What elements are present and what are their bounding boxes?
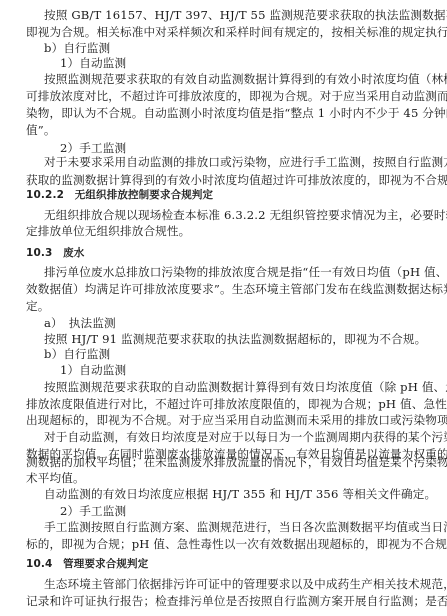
- text-line: 2）手工监测: [60, 504, 447, 518]
- text-line: b）自行监测: [44, 347, 428, 361]
- text-line: 定。: [26, 299, 428, 313]
- document-page: 按照 GB/T 16157、HJ/T 397、HJ/T 55 监测规范要求获取的…: [0, 0, 447, 616]
- text-line: 获取的监测数据计算得到的有效小时浓度均值超过许可排放浓度的，即视为不合规。: [26, 173, 428, 187]
- text-line: 术平均值。: [26, 471, 428, 485]
- text-line: 对于未要求采用自动监测的排放口或污染物，应进行手工监测，按照自行监测方案、监测规…: [44, 155, 428, 169]
- text-line: 效数据值）均满足许可排放浓度要求”。生态环境主管部门发布在线监测数据达标判定方法…: [26, 282, 428, 296]
- text-line: b）自行监测: [44, 41, 428, 55]
- text-line: 值”。: [26, 123, 428, 137]
- section-heading: 10.3 废水: [26, 246, 428, 260]
- text-line: 按照 HJ/T 91 监测规范要求获取的执法监测数据超标的，即视为不合规。: [44, 332, 428, 346]
- text-line: 按照 GB/T 16157、HJ/T 397、HJ/T 55 监测规范要求获取的…: [44, 8, 428, 22]
- text-line: 出现超标的，即视为不合规。对于应当采用自动监测而未采用的排放口或污染物项目，即认…: [26, 413, 428, 427]
- text-line: 染物，即认为不合规。自动监测小时浓度均值是指“整点 1 小时内不少于 45 分钟…: [26, 106, 428, 120]
- text-line: 记录和许可证执行报告；检查排污单位是否按照自行监测方案开展自行监测；是否按照排污…: [26, 594, 428, 608]
- text-line: 生态环境主管部门依据排污许可证中的管理要求以及中成药生产相关技术规范，审核环境管…: [44, 577, 428, 591]
- section-heading: 10.4 管理要求合规判定: [26, 557, 428, 571]
- text-line: 手工监测按照自行监测方案、监测规范进行，当日各次监测数据平均值或当日混合样监测数…: [44, 520, 428, 534]
- text-line: 按照监测规范要求获取的有效自动监测数据计算得到的有效小时浓度均值（林格曼黑度除外…: [44, 72, 428, 86]
- text-line: 可排放浓度对比，不超过许可排放浓度的，即视为合规。对于应当采用自动监测而未采用的…: [26, 89, 428, 103]
- text-line: 测数据的加权平均值；在未监测废水排放流量的情况下，有效日均值是某个污染物的有效监…: [26, 455, 428, 469]
- text-line: 自动监测的有效日均浓度应根据 HJ/T 355 和 HJ/T 356 等相关文件…: [44, 487, 428, 501]
- text-line: 对于自动监测，有效日均浓度是对应于以每日为一个监测周期内获得的某个污染物的多个有…: [44, 430, 428, 444]
- text-line: 标的，即视为合规；pH 值、急性毒性以一次有效数据出现超标的，即视为不合规。: [26, 537, 428, 551]
- text-line: 即视为合规。相关标准中对采样频次和采样时间有规定的，按相关标准的规定执行。: [26, 25, 428, 39]
- text-line: 排放浓度限值进行对比，不超过许可排放浓度限值的，即视为合规；pH 值、急性毒性以…: [26, 397, 428, 411]
- text-line: 按照监测规范要求获取的自动监测数据计算得到有效日均浓度值（除 pH 值、急性毒性…: [44, 380, 428, 394]
- text-line: 2）手工监测: [60, 141, 447, 155]
- text-line: 定排放单位无组织排放合规性。: [26, 224, 428, 238]
- text-line: 无组织排放合规以现场检查本标准 6.3.2.2 无组织管控要求情况为主，必要时辅…: [44, 208, 428, 222]
- text-line: 排污单位废水总排放口污染物的排放浓度合规是指“任一有效日均值（pH 值、急性毒性…: [44, 265, 428, 279]
- text-line: 1）自动监测: [60, 363, 447, 377]
- text-line: 1）自动监测: [60, 56, 447, 70]
- text-line: a） 执法监测: [44, 316, 428, 330]
- section-heading: 10.2.2 无组织排放控制要求合规判定: [26, 188, 428, 202]
